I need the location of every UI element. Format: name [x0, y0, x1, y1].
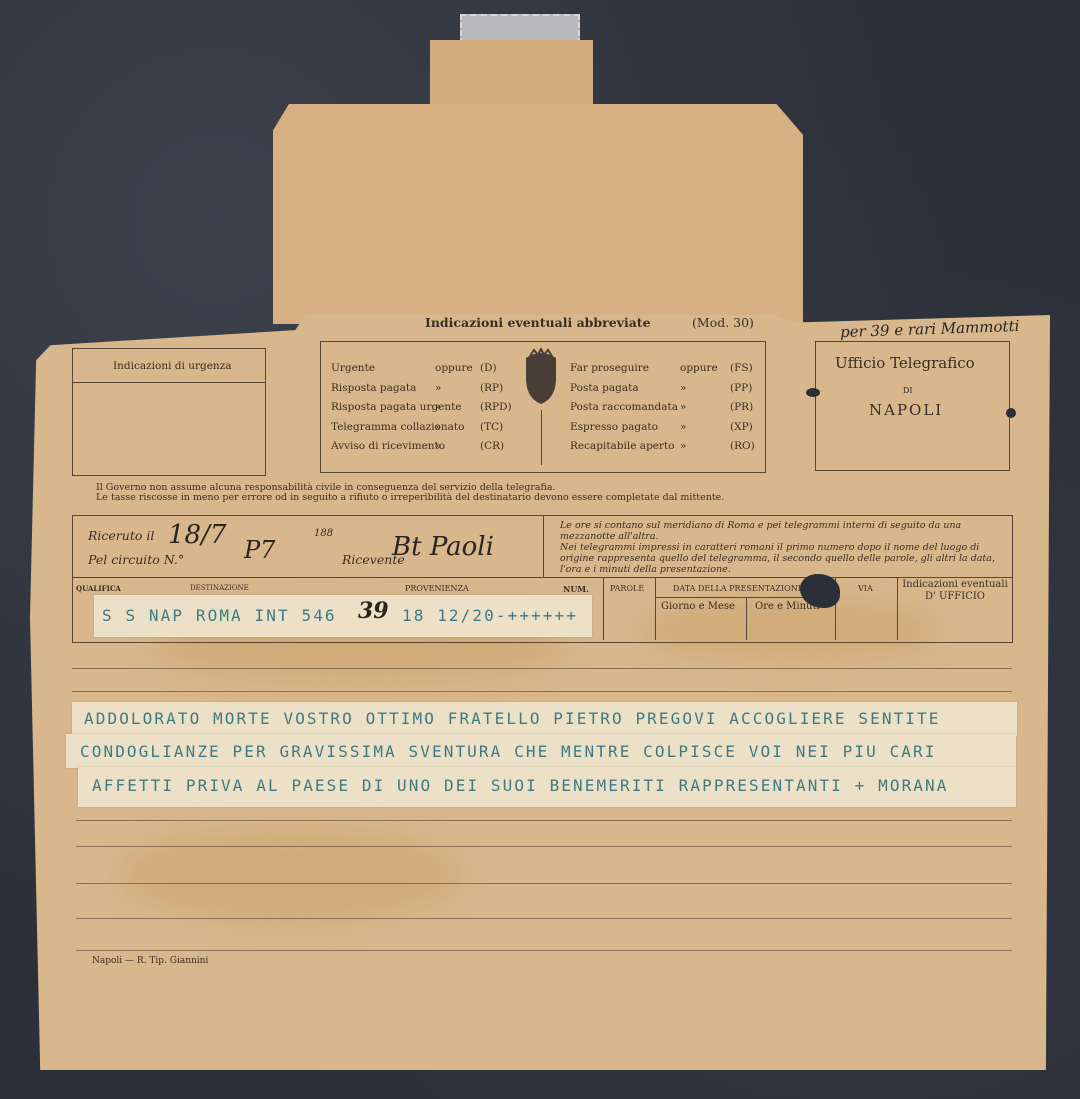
printer-imprint: Napoli — R. Tip. Giannini	[92, 956, 208, 966]
header-data: DATA DELLA PRESENTAZIONE	[673, 584, 804, 593]
abbreviation-label: Telegramma collazionato	[331, 421, 464, 433]
header-tape-handwritten: 39	[358, 598, 389, 624]
office-city: NAPOLI	[869, 401, 943, 419]
received-label: Riceruto il	[88, 528, 154, 543]
divider	[543, 515, 544, 577]
handwritten-date: 18/7	[168, 520, 226, 550]
ruled-line	[76, 950, 1012, 951]
abbreviation-code: (RO)	[730, 440, 755, 452]
abbreviation-separator: oppure	[435, 362, 473, 374]
header-giorno: Giorno e Mese	[661, 601, 735, 612]
abbreviation-code: (PP)	[730, 382, 752, 394]
abbreviation-label: Urgente	[331, 362, 375, 374]
abbreviations-title: Indicazioni eventuali abbreviate	[425, 315, 651, 330]
abbreviation-label: Posta raccomandata	[570, 401, 678, 413]
abbreviation-code: (RPD)	[480, 401, 512, 413]
divider	[897, 578, 898, 640]
header-via: VIA	[858, 584, 873, 593]
divider	[541, 410, 542, 465]
hole	[806, 388, 820, 397]
divider	[746, 597, 747, 640]
header-tape-rest: 18 12/20-++++++	[402, 606, 578, 625]
abbreviation-separator: »	[435, 421, 441, 433]
abbreviation-separator: »	[435, 382, 441, 394]
abbreviation-separator: »	[680, 382, 686, 394]
model-number: (Mod. 30)	[692, 315, 754, 330]
abbreviation-label: Espresso pagato	[570, 421, 658, 433]
coat-of-arms-icon	[522, 348, 560, 406]
urgency-label: Indicazioni di urgenza	[113, 360, 232, 372]
header-destinazione: DESTINAZIONE	[190, 584, 249, 592]
divider	[72, 382, 265, 383]
abbreviation-code: (RP)	[480, 382, 503, 394]
abbreviation-code: (D)	[480, 362, 497, 374]
abbreviation-separator: »	[435, 440, 441, 452]
circuit-label: Pel circuito N.°	[88, 552, 184, 567]
abbreviation-code: (CR)	[480, 440, 504, 452]
divider	[655, 578, 656, 640]
ruled-line	[72, 668, 1012, 669]
year-prefix: 188	[314, 528, 333, 539]
abbreviation-separator: oppure	[680, 362, 718, 374]
note-1: Le ore si contano sul meridiano di Roma …	[560, 520, 1005, 542]
abbreviation-separator: »	[435, 401, 441, 413]
divider	[603, 578, 604, 640]
header-tape-text: S S NAP ROMA INT 546	[102, 606, 337, 625]
abbreviation-code: (XP)	[730, 421, 753, 433]
ruled-line	[76, 918, 1012, 919]
header-provenienza: PROVENIENZA	[405, 584, 469, 593]
abbreviation-label: Posta pagata	[570, 382, 639, 394]
header-num: NUM.	[563, 584, 589, 594]
ruled-line	[76, 820, 1012, 821]
ruled-line	[76, 846, 1012, 847]
abbreviation-separator: »	[680, 440, 686, 452]
abbreviation-code: (PR)	[730, 401, 753, 413]
abbreviation-code: (FS)	[730, 362, 753, 374]
message-line-1: ADDOLORATO MORTE VOSTRO OTTIMO FRATELLO …	[84, 709, 941, 728]
abbreviation-label: Avviso di ricevimento	[331, 440, 445, 452]
abbreviation-label: Risposta pagata	[331, 382, 416, 394]
paper-tab	[430, 40, 593, 106]
note-2: Nei telegrammi impressi in caratteri rom…	[560, 542, 1005, 575]
stain	[120, 830, 460, 920]
header-ufficio: Indicazioni eventuali D' UFFICIO	[902, 579, 1008, 603]
abbreviation-label: Far proseguire	[570, 362, 649, 374]
header-parole: PAROLE	[610, 584, 644, 593]
office-title: Ufficio Telegrafico	[835, 354, 975, 372]
abbreviation-label: Recapitabile aperto	[570, 440, 675, 452]
divider	[72, 577, 1012, 578]
abbreviation-code: (TC)	[480, 421, 503, 433]
message-line-2: CONDOGLIANZE PER GRAVISSIMA SVENTURA CHE…	[80, 742, 937, 761]
office-di: DI	[903, 386, 913, 395]
envelope-flap	[273, 104, 803, 324]
abbreviation-label: Risposta pagata urgente	[331, 401, 462, 413]
abbreviation-separator: »	[680, 421, 686, 433]
handwritten-receiver: Bt Paoli	[392, 532, 494, 562]
abbreviation-separator: »	[680, 401, 686, 413]
handwritten-circuit: P7	[244, 536, 275, 564]
ruled-line	[72, 691, 1012, 692]
hole	[1006, 408, 1016, 418]
header-qualifica: QUALIFICA	[76, 584, 121, 593]
ruled-line	[76, 883, 1012, 884]
disclaimer-line-2: Le tasse riscosse in meno per errore od …	[96, 492, 724, 503]
message-line-3: AFFETTI PRIVA AL PAESE DI UNO DEI SUOI B…	[92, 776, 949, 795]
